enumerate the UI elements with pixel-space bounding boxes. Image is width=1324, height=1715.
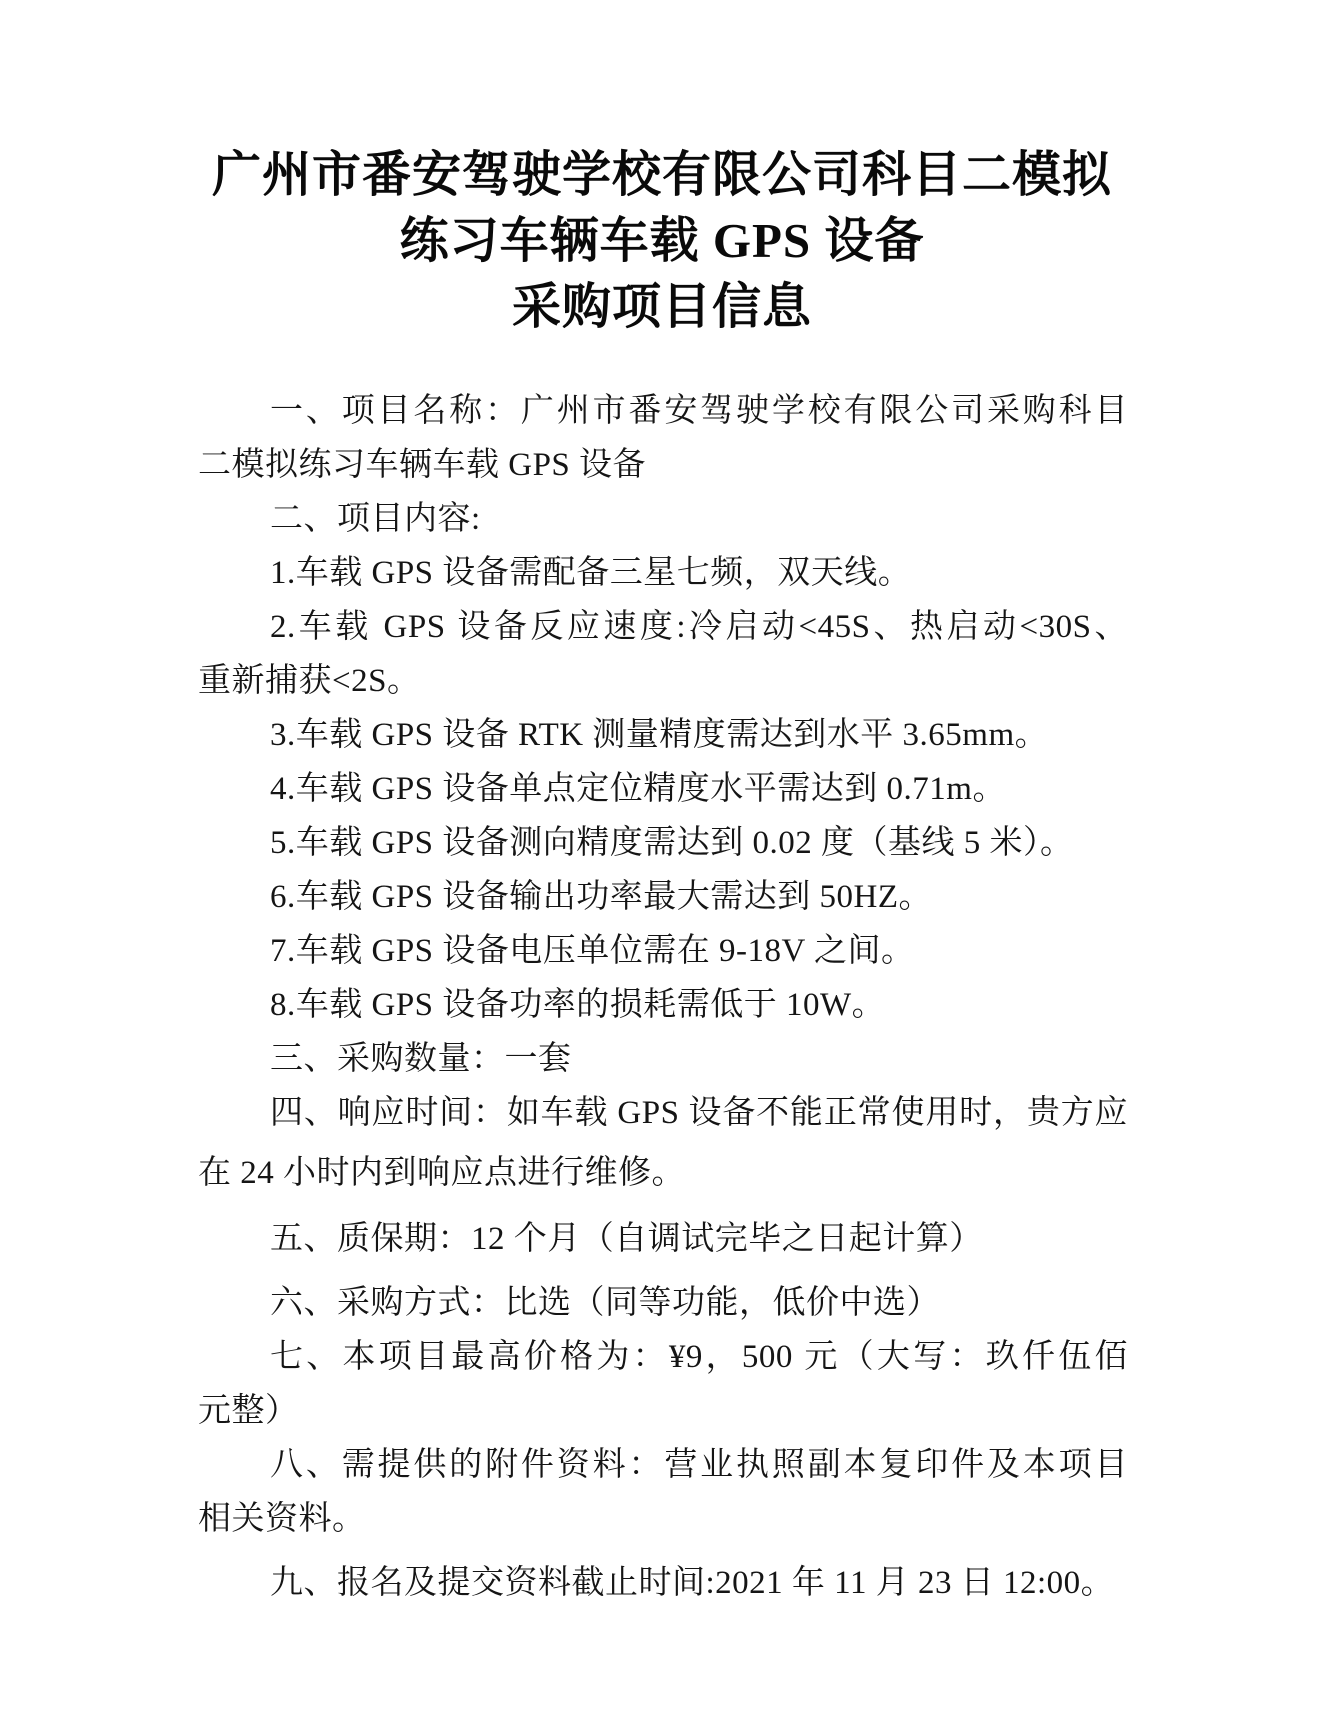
line-procurement-method: 六、采购方式：比选（同等功能，低价中选） xyxy=(198,1276,1128,1330)
document-title: 广州市番安驾驶学校有限公司科目二模拟 练习车辆车载 GPS 设备 采购项目信息 xyxy=(0,142,1324,340)
document-body: 一、项目名称：广州市番安驾驶学校有限公司采购科目 二模拟练习车辆车载 GPS 设… xyxy=(198,384,1128,1610)
line-project-content-heading: 二、项目内容: xyxy=(198,492,1128,546)
line-response-time-wrap: 在 24 小时内到响应点进行维修。 xyxy=(198,1146,1128,1200)
line-spec-6: 6.车载 GPS 设备输出功率最大需达到 50HZ。 xyxy=(198,870,1128,924)
line-spec-5: 5.车载 GPS 设备测向精度需达到 0.02 度（基线 5 米）。 xyxy=(198,816,1128,870)
title-line-3: 采购项目信息 xyxy=(150,274,1174,340)
line-attachments: 八、需提供的附件资料：营业执照副本复印件及本项目 xyxy=(198,1438,1128,1492)
line-project-name: 一、项目名称：广州市番安驾驶学校有限公司采购科目 xyxy=(198,384,1128,438)
line-max-price-wrap: 元整） xyxy=(198,1384,1128,1438)
line-quantity: 三、采购数量：一套 xyxy=(198,1032,1128,1086)
title-line-2: 练习车辆车载 GPS 设备 xyxy=(150,208,1174,274)
line-deadline: 九、报名及提交资料截止时间:2021 年 11 月 23 日 12:00。 xyxy=(198,1556,1128,1610)
line-spec-3: 3.车载 GPS 设备 RTK 测量精度需达到水平 3.65mm。 xyxy=(198,708,1128,762)
line-spec-1: 1.车载 GPS 设备需配备三星七频，双天线。 xyxy=(198,546,1128,600)
line-spec-4: 4.车载 GPS 设备单点定位精度水平需达到 0.71m。 xyxy=(198,762,1128,816)
line-response-time: 四、响应时间：如车载 GPS 设备不能正常使用时，贵方应 xyxy=(198,1086,1128,1140)
line-spec-8: 8.车载 GPS 设备功率的损耗需低于 10W。 xyxy=(198,978,1128,1032)
line-spec-7: 7.车载 GPS 设备电压单位需在 9-18V 之间。 xyxy=(198,924,1128,978)
document-page: 广州市番安驾驶学校有限公司科目二模拟 练习车辆车载 GPS 设备 采购项目信息 … xyxy=(0,0,1324,1715)
line-max-price: 七、本项目最高价格为：¥9，500 元（大写：玖仟伍佰 xyxy=(198,1330,1128,1384)
line-warranty: 五、质保期：12 个月（自调试完毕之日起计算） xyxy=(198,1212,1128,1266)
title-line-1: 广州市番安驾驶学校有限公司科目二模拟 xyxy=(150,142,1174,208)
line-attachments-wrap: 相关资料。 xyxy=(198,1492,1128,1546)
line-spec-2: 2.车载 GPS 设备反应速度:冷启动<45S、热启动<30S、 xyxy=(198,600,1128,654)
line-project-name-wrap: 二模拟练习车辆车载 GPS 设备 xyxy=(198,438,1128,492)
line-spec-2-wrap: 重新捕获<2S。 xyxy=(198,654,1128,708)
